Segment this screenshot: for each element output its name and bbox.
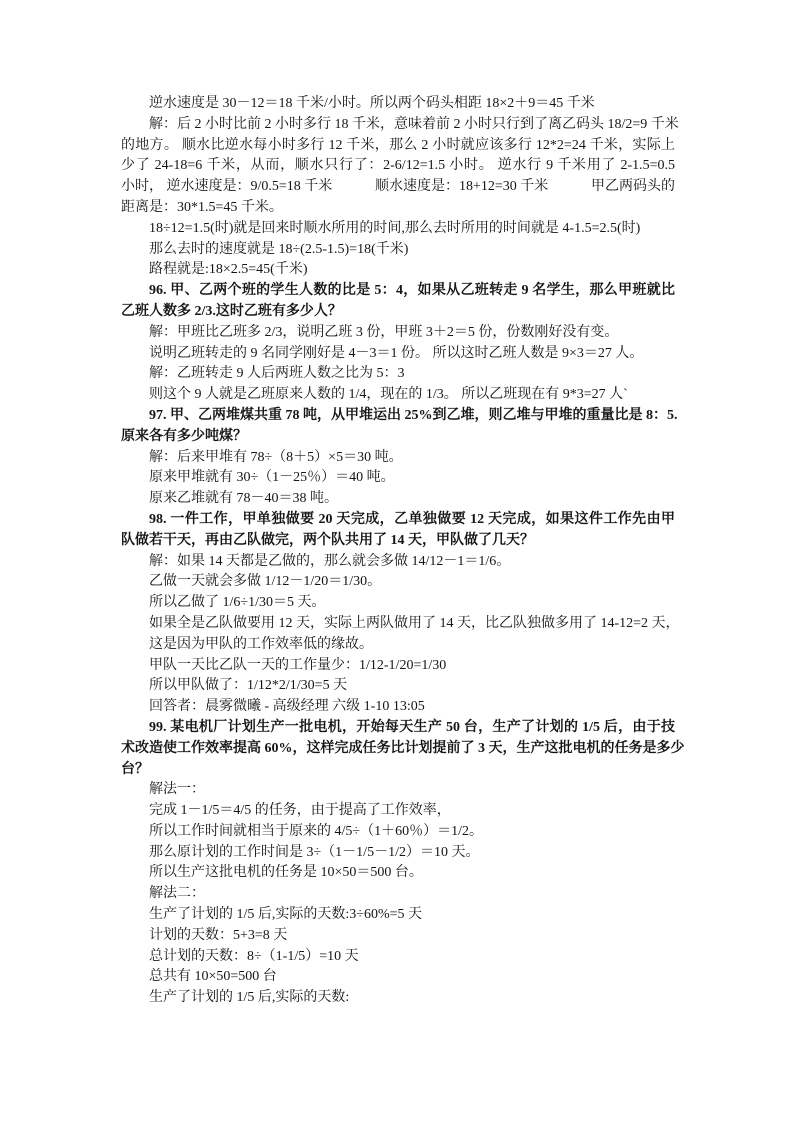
paragraph-solution-line: 总共有 10×50=500 台 [121,967,675,988]
text-line: 小时， 逆水速度是：9/0.5=18 千米 顺水速度是：18+12=30 千米 … [121,177,675,198]
text-line: 解：如果 14 天都是乙做的，那么就会多做 14/12－1＝1/6。 [121,552,675,573]
text-line: 路程就是:18×2.5=45(千米) [121,260,675,281]
document-body: 逆水速度是 30－12＝18 千米/小时。所以两个码头相距 18×2＋9＝45 … [121,94,675,1009]
text-line: 原来乙堆就有 78－40＝38 吨。 [121,489,675,510]
paragraph-solution-line: 解：后来甲堆有 78÷（8＋5）×5＝30 吨。 [121,448,675,469]
text-line: 解：后来甲堆有 78÷（8＋5）×5＝30 吨。 [121,448,675,469]
text-line: 解法一： [121,780,675,801]
text-segment: 小时， 逆水速度是：9/0.5=18 千米 [121,177,332,198]
text-line: 说明乙班转走的 9 名同学刚好是 4－3＝1 份。 所以这时乙班人数是 9×3＝… [121,344,675,365]
text-segment: 甲乙两码头的 [591,177,675,198]
question-96: 96. 甲、乙两个班的学生人数的比是 5：4，如果从乙班转走 9 名学生，那么甲… [121,281,675,323]
text-line: 乙做一天就会多做 1/12－1/20＝1/30。 [121,572,675,593]
text-line: 甲队一天比乙队一天的工作量少：1/12-1/20=1/30 [121,656,675,677]
text-line: 完成 1－1/5＝4/5 的任务，由于提高了工作效率， [121,801,675,822]
text-line: 那么去时的速度就是 18÷(2.5-1.5)=18(千米) [121,240,675,261]
solution-heading-method-1: 解法一： [121,780,675,801]
paragraph-solution-line: 原来甲堆就有 30÷（1－25％）＝40 吨。 [121,468,675,489]
text-line: 少了 24-18=6 千米，从而，顺水只行了：2-6/12=1.5 小时。 逆水… [121,156,675,177]
paragraph-solution-line: 则这个 9 人就是乙班原来人数的 1/4，现在的 1/3。 所以乙班现在有 9*… [121,385,675,406]
paragraph-solution-line: 计划的天数：5+3=8 天 [121,926,675,947]
text-segment: 顺水速度是：18+12=30 千米 [375,177,548,198]
paragraph-solution-line: 解：甲班比乙班多 2/3，说明乙班 3 份，甲班 3＋2＝5 份，份数刚好没有变… [121,323,675,344]
paragraph-solution-line: 如果全是乙队做要用 12 天，实际上两队做用了 14 天，比乙队独做多用了 14… [121,614,675,656]
text-line: 解：乙班转走 9 人后两班人数之比为 5：3 [121,364,675,385]
paragraph-solution-line: 所以甲队做了：1/12*2/1/30=5 天 [121,676,675,697]
paragraph-solution-95-method: 解：后 2 小时比前 2 小时多行 18 千米，意味着前 2 小时只行到了离乙码… [121,115,675,219]
text-line: 计划的天数：5+3=8 天 [121,926,675,947]
text-line: 的地方。 顺水比逆水每小时多行 12 千米，那么 2 小时就应该多行 12*2=… [121,136,675,157]
question-line: 术改造使工作效率提高 60%，这样完成任务比计划提前了 3 天，生产这批电机的任… [121,739,675,760]
text-line: 回答者：晨雾微曦 - 高级经理 六级 1-10 13:05 [121,697,675,718]
question-line: 99. 某电机厂计划生产一批电机，开始每天生产 50 台，生产了计划的 1/5 … [121,718,675,739]
paragraph-solution-line: 18÷12=1.5(时)就是回来时顺水所用的时间,那么去时所用的时间就是 4-1… [121,219,675,240]
text-line: 则这个 9 人就是乙班原来人数的 1/4，现在的 1/3。 所以乙班现在有 9*… [121,385,675,406]
paragraph-solution-line: 所以乙做了 1/6÷1/30＝5 天。 [121,593,675,614]
paragraph-solution-line: 生产了计划的 1/5 后,实际的天数: [121,988,675,1009]
paragraph-solution-line: 生产了计划的 1/5 后,实际的天数:3÷60%=5 天 [121,905,675,926]
document-page: 逆水速度是 30－12＝18 千米/小时。所以两个码头相距 18×2＋9＝45 … [0,0,793,1122]
question-99: 99. 某电机厂计划生产一批电机，开始每天生产 50 台，生产了计划的 1/5 … [121,718,675,780]
text-line: 原来甲堆就有 30÷（1－25％）＝40 吨。 [121,468,675,489]
text-line: 那么原计划的工作时间是 3÷（1－1/5－1/2）＝10 天。 [121,843,675,864]
solution-heading-method-2: 解法二： [121,884,675,905]
question-line: 队做若干天，再由乙队做完，两个队共用了 14 天，甲队做了几天？ [121,531,675,552]
text-line: 所以甲队做了：1/12*2/1/30=5 天 [121,676,675,697]
paragraph-solution-line: 甲队一天比乙队一天的工作量少：1/12-1/20=1/30 [121,656,675,677]
text-line: 逆水速度是 30－12＝18 千米/小时。所以两个码头相距 18×2＋9＝45 … [121,94,675,115]
text-line: 所以工作时间就相当于原来的 4/5÷（1＋60％）＝1/2。 [121,822,675,843]
text-line: 解：后 2 小时比前 2 小时多行 18 千米，意味着前 2 小时只行到了离乙码… [121,115,675,136]
paragraph-solution-line: 所以工作时间就相当于原来的 4/5÷（1＋60％）＝1/2。 [121,822,675,843]
question-line: 96. 甲、乙两个班的学生人数的比是 5：4，如果从乙班转走 9 名学生，那么甲… [121,281,675,302]
paragraph-solution-line: 总计划的天数：8÷（1-1/5）=10 天 [121,947,675,968]
question-line: 乙班人数多 2/3.这时乙班有多少人？ [121,302,675,323]
text-line: 生产了计划的 1/5 后,实际的天数:3÷60%=5 天 [121,905,675,926]
paragraph-solution-line: 所以生产这批电机的任务是 10×50＝500 台。 [121,863,675,884]
question-line: 台？ [121,760,675,781]
question-97: 97. 甲、乙两堆煤共重 78 吨，从甲堆运出 25%到乙堆，则乙堆与甲堆的重量… [121,406,675,448]
text-line: 所以生产这批电机的任务是 10×50＝500 台。 [121,863,675,884]
paragraph-solution-line: 说明乙班转走的 9 名同学刚好是 4－3＝1 份。 所以这时乙班人数是 9×3＝… [121,344,675,365]
text-line: 所以乙做了 1/6÷1/30＝5 天。 [121,593,675,614]
paragraph-solution-line: 路程就是:18×2.5=45(千米) [121,260,675,281]
paragraph-solution-line: 解：乙班转走 9 人后两班人数之比为 5：3 [121,364,675,385]
question-line: 原来各有多少吨煤？ [121,427,675,448]
text-line: 生产了计划的 1/5 后,实际的天数: [121,988,675,1009]
text-line: 这是因为甲队的工作效率低的缘故。 [121,635,675,656]
question-line: 97. 甲、乙两堆煤共重 78 吨，从甲堆运出 25%到乙堆，则乙堆与甲堆的重量… [121,406,675,427]
paragraph-solution-line: 那么原计划的工作时间是 3÷（1－1/5－1/2）＝10 天。 [121,843,675,864]
paragraph-solution-line: 解：如果 14 天都是乙做的，那么就会多做 14/12－1＝1/6。 [121,552,675,573]
question-line: 98. 一件工作，甲单独做要 20 天完成，乙单独做要 12 天完成，如果这件工… [121,510,675,531]
text-line: 距离是：30*1.5=45 千米。 [121,198,675,219]
text-line: 总共有 10×50=500 台 [121,967,675,988]
answerer-credit: 回答者：晨雾微曦 - 高级经理 六级 1-10 13:05 [121,697,675,718]
paragraph-solution-line: 完成 1－1/5＝4/5 的任务，由于提高了工作效率， [121,801,675,822]
text-line: 解法二： [121,884,675,905]
paragraph-solution-line: 原来乙堆就有 78－40＝38 吨。 [121,489,675,510]
text-line: 总计划的天数：8÷（1-1/5）=10 天 [121,947,675,968]
question-98: 98. 一件工作，甲单独做要 20 天完成，乙单独做要 12 天完成，如果这件工… [121,510,675,552]
paragraph-solution-95-conclusion: 逆水速度是 30－12＝18 千米/小时。所以两个码头相距 18×2＋9＝45 … [121,94,675,115]
text-line: 如果全是乙队做要用 12 天，实际上两队做用了 14 天，比乙队独做多用了 14… [121,614,675,635]
paragraph-solution-line: 乙做一天就会多做 1/12－1/20＝1/30。 [121,572,675,593]
paragraph-solution-line: 那么去时的速度就是 18÷(2.5-1.5)=18(千米) [121,240,675,261]
text-line: 解：甲班比乙班多 2/3，说明乙班 3 份，甲班 3＋2＝5 份，份数刚好没有变… [121,323,675,344]
text-line: 18÷12=1.5(时)就是回来时顺水所用的时间,那么去时所用的时间就是 4-1… [121,219,675,240]
